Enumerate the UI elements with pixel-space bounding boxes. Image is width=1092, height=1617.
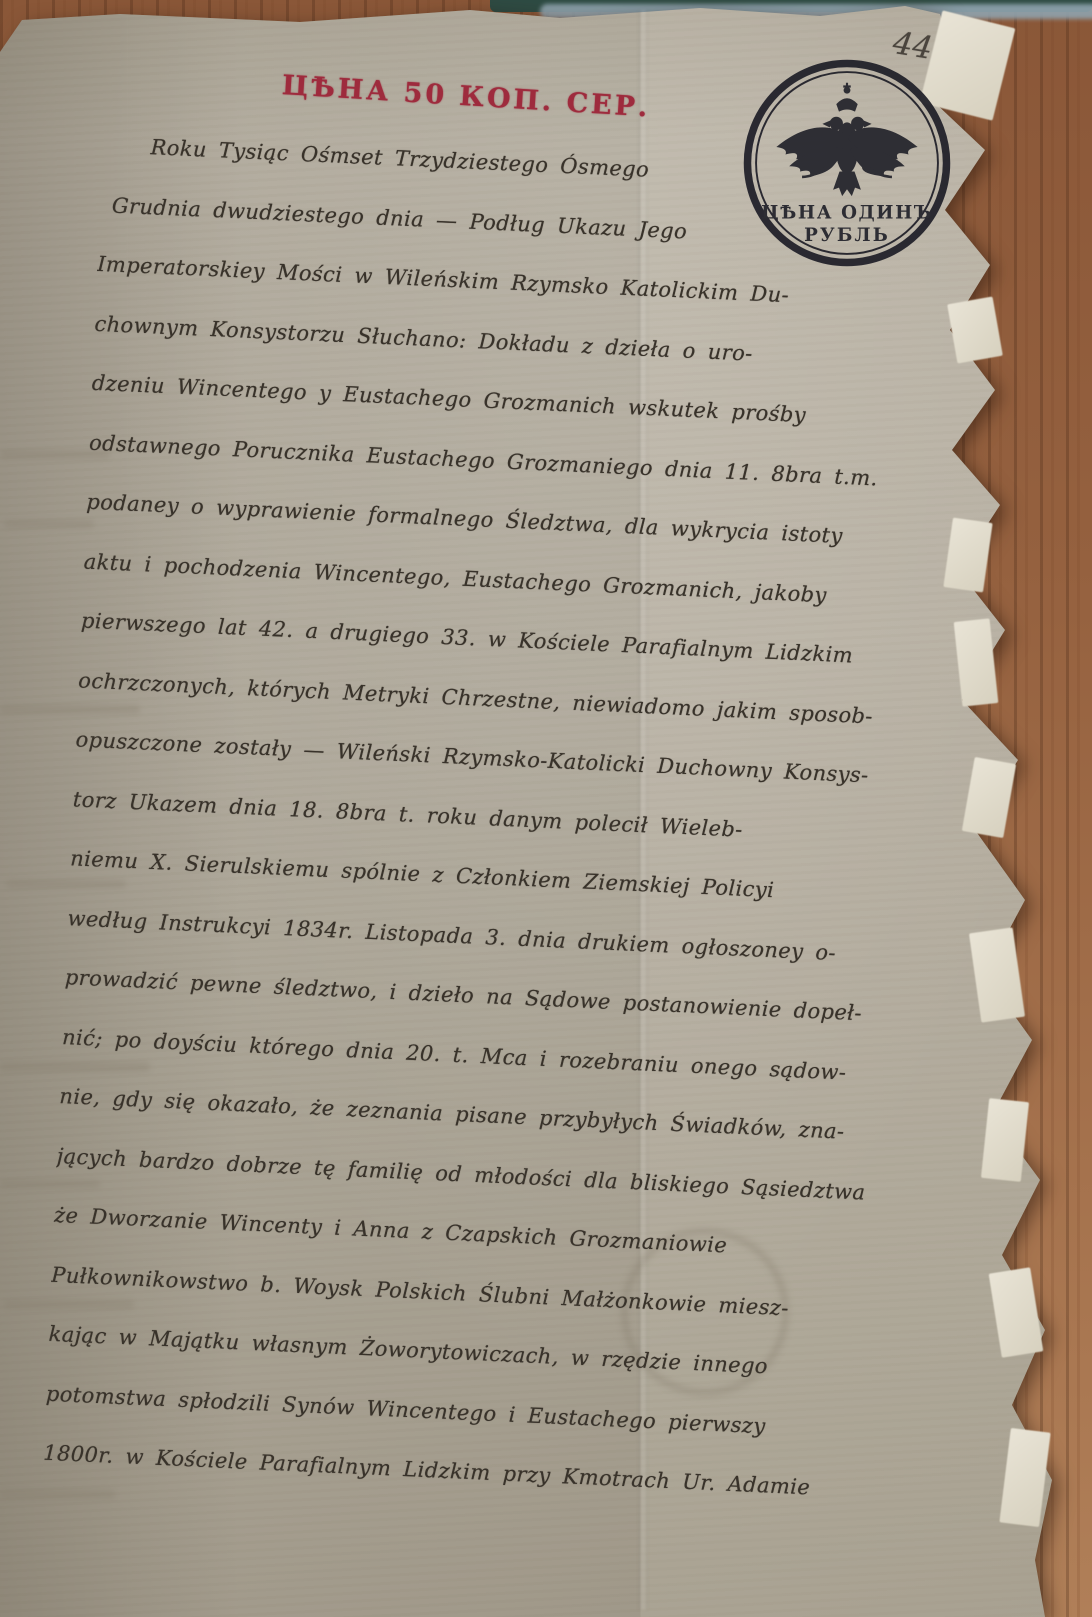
double-headed-eagle-icon <box>776 83 917 196</box>
ruble-stamp-text-line2: РУБЛЬ <box>804 225 890 246</box>
folio-number: 44 <box>890 25 935 67</box>
ink-bleedthrough-mark <box>4 520 94 528</box>
ruble-stamp: ЦѢНА ОДИНЪ РУБЛЬ <box>740 56 954 270</box>
manuscript: Roku Tysiąc Ośmset Trzydziestego ÓsmegoG… <box>38 116 1053 1617</box>
ruble-stamp-text-line1: ЦѢНА ОДИНЪ <box>761 203 933 224</box>
photograph-of-document: { "page": { "corner_number": "44" }, "pr… <box>0 0 1092 1617</box>
